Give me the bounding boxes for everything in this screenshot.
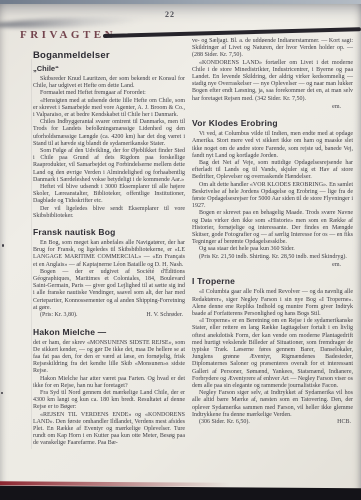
paragraph: Negley Farson siger selv, at Indtrykket … (192, 390, 353, 419)
right-column: ve- og Sæljagt. Bl. a. de uddøende India… (192, 38, 353, 426)
paragraph: Som Følge af den Udvikling, der for Øjeb… (33, 148, 185, 184)
scan-bottom-edge (0, 486, 361, 500)
paragraph: Fra Syd til Nord gennem det mærkelige La… (33, 390, 185, 412)
paragraph: Vi ved, at Columbus vilde til Indien, me… (192, 131, 353, 160)
paragraph: Hakon Mielche har atter været paa Farten… (33, 376, 185, 390)
left-column: Boganmeldelser „Chile“ Skibsreder Knud L… (33, 50, 185, 448)
paragraph: Der vil ligeledes blive sendt Eksemplare… (33, 206, 185, 220)
reviewer-byline: H. V. Schrøder. (146, 312, 183, 319)
book-price: (Pris: Kr. 3,80). (40, 312, 78, 319)
paragraph: «I Troperne» er en Beretning om en Rejse… (192, 318, 353, 390)
paragraph: Skibsreder Knud Lauritzen, der som beken… (33, 76, 185, 90)
paragraph-continuation: ve- og Sæljagt. Bl. a. de uddøende India… (192, 38, 353, 60)
section-heading-vor-klodes-erobring: Vor Klodes Erobring (192, 118, 353, 128)
magazine-page: 22 FRIVAGTEN Boganmeldelser „Chile“ Skib… (0, 4, 361, 492)
section-heading-fransk-nautisk-bog: Fransk nautisk Bog (33, 227, 185, 237)
paragraph: Chiles Indbyggerantal svarer omtrent til… (33, 119, 185, 148)
book-price: (306 Sider. Kr. 6,50). (199, 419, 250, 426)
paragraph: det er ham, der skrev «MONSUNENS SIDSTE … (33, 340, 185, 376)
book-price: (Pris Kr. 21,50 indb. Shirting. Kr. 28,5… (192, 254, 353, 261)
section-heading-i-troperne: I Troperne (192, 276, 353, 286)
section-heading-hakon-mielche: Hakon Mielche — (33, 327, 185, 337)
paragraph: Formaalet med Heftet fremgaar af Fororde… (33, 90, 185, 97)
scan-speck (1, 392, 3, 394)
paragraph: Bogen — der er udgivet af Société d'Édit… (33, 269, 185, 312)
paragraph: «KONDORENS LAND» fortæller om Livet i de… (192, 60, 353, 103)
paragraph: Bag det Net af Veje, som nutidige Opdage… (192, 160, 353, 182)
paragraph: «REJSEN TIL VERDENS ENDE» og «KONDORENS … (33, 412, 185, 448)
reviewer-initials: em. (192, 262, 353, 269)
paragraph: En Bog, som meget kan anbefales alle Nav… (33, 240, 185, 269)
page-number: 22 (0, 10, 340, 19)
subheading-chile: „Chile“ (33, 64, 185, 73)
paragraph: «Hensigten med at udsende dette lille He… (33, 98, 185, 120)
paragraph: «I Columbia gaar alle Folk med Revolver … (192, 289, 353, 318)
reviewer-initials: em. (192, 104, 353, 111)
paragraph: Om alt dette handler «VOR KLODES EROBRIN… (192, 182, 353, 211)
price-byline-row: (Pris: Kr. 3,80). H. V. Schrøder. (33, 312, 185, 319)
left-margin-rule (31, 59, 32, 449)
paragraph: Heftet vil blive udsendt i 3000 Eksempla… (33, 184, 185, 206)
paragraph: Bogen er skrevet paa en behagelig Maade.… (192, 210, 353, 246)
reviewer-byline: HCB. (337, 419, 351, 426)
price-byline-row: (306 Sider. Kr. 6,50). HCB. (192, 419, 353, 426)
scan-speck (2, 244, 4, 247)
masthead-title: FRIVAGTEN (20, 29, 116, 41)
paragraph: Og saa staar det hele paa kun 360 Sider. (192, 246, 353, 253)
section-heading-boganmeldelser: Boganmeldelser (33, 50, 185, 61)
masthead-rule (103, 27, 361, 37)
